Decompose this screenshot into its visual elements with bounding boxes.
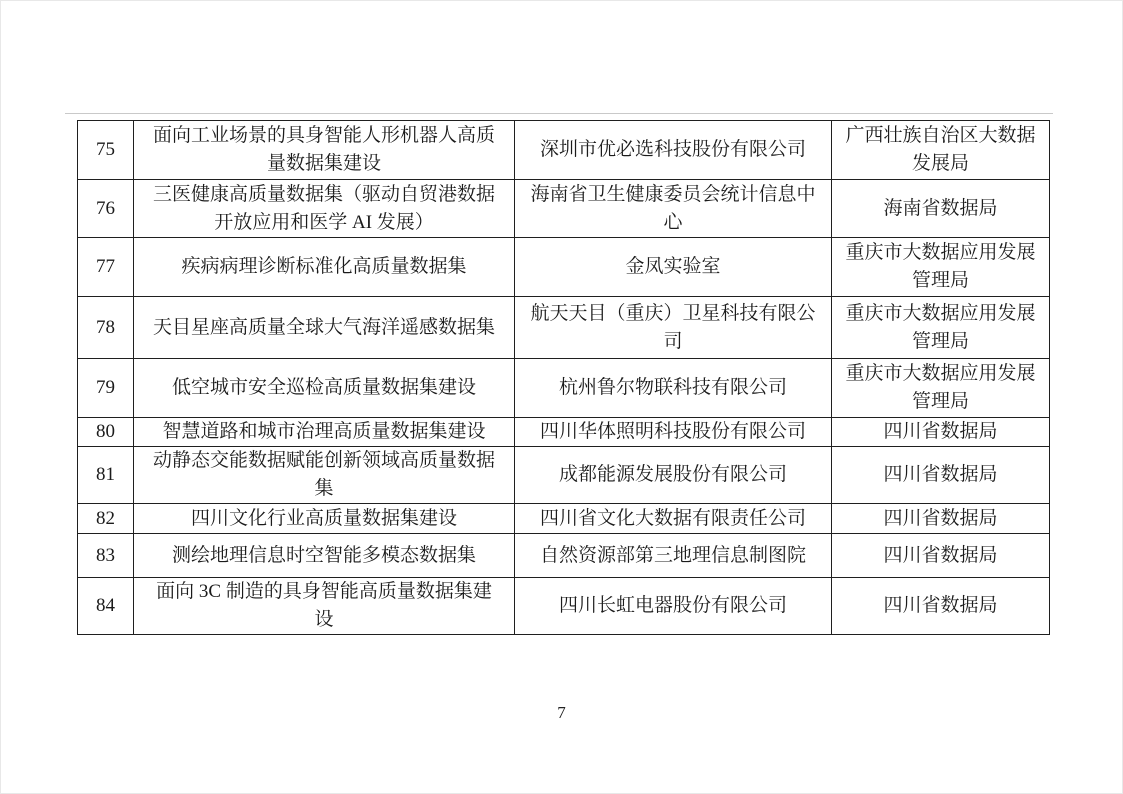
row-index-cell: 78 bbox=[78, 297, 134, 359]
name-cell: 四川文化行业高质量数据集建设 bbox=[134, 504, 515, 534]
company-cell: 四川省文化大数据有限责任公司 bbox=[515, 504, 832, 534]
department-cell: 四川省数据局 bbox=[832, 447, 1050, 504]
table-row: 81动静态交能数据赋能创新领域高质量数据集成都能源发展股份有限公司四川省数据局 bbox=[78, 447, 1050, 504]
company-cell: 四川长虹电器股份有限公司 bbox=[515, 578, 832, 635]
department-cell: 四川省数据局 bbox=[832, 578, 1050, 635]
department-cell: 重庆市大数据应用发展管理局 bbox=[832, 238, 1050, 297]
name-cell: 三医健康高质量数据集（驱动自贸港数据开放应用和医学 AI 发展） bbox=[134, 180, 515, 238]
name-cell: 疾病病理诊断标准化高质量数据集 bbox=[134, 238, 515, 297]
name-cell: 低空城市安全巡检高质量数据集建设 bbox=[134, 359, 515, 418]
company-cell: 金凤实验室 bbox=[515, 238, 832, 297]
page-number: 7 bbox=[1, 703, 1122, 723]
name-cell: 面向工业场景的具身智能人形机器人高质量数据集建设 bbox=[134, 121, 515, 180]
department-cell: 四川省数据局 bbox=[832, 534, 1050, 578]
name-cell: 天目星座高质量全球大气海洋遥感数据集 bbox=[134, 297, 515, 359]
table-continuation-rule bbox=[65, 113, 1053, 114]
row-index-cell: 80 bbox=[78, 418, 134, 447]
company-cell: 杭州鲁尔物联科技有限公司 bbox=[515, 359, 832, 418]
row-index-cell: 82 bbox=[78, 504, 134, 534]
company-cell: 自然资源部第三地理信息制图院 bbox=[515, 534, 832, 578]
company-cell: 航天天目（重庆）卫星科技有限公司 bbox=[515, 297, 832, 359]
department-cell: 四川省数据局 bbox=[832, 504, 1050, 534]
table-row: 83测绘地理信息时空智能多模态数据集自然资源部第三地理信息制图院四川省数据局 bbox=[78, 534, 1050, 578]
row-index-cell: 79 bbox=[78, 359, 134, 418]
table-row: 78天目星座高质量全球大气海洋遥感数据集航天天目（重庆）卫星科技有限公司重庆市大… bbox=[78, 297, 1050, 359]
table-row: 76三医健康高质量数据集（驱动自贸港数据开放应用和医学 AI 发展）海南省卫生健… bbox=[78, 180, 1050, 238]
dataset-table-body: 75面向工业场景的具身智能人形机器人高质量数据集建设深圳市优必选科技股份有限公司… bbox=[78, 121, 1050, 635]
row-index-cell: 77 bbox=[78, 238, 134, 297]
row-index-cell: 84 bbox=[78, 578, 134, 635]
department-cell: 重庆市大数据应用发展管理局 bbox=[832, 359, 1050, 418]
table-row: 75面向工业场景的具身智能人形机器人高质量数据集建设深圳市优必选科技股份有限公司… bbox=[78, 121, 1050, 180]
company-cell: 四川华体照明科技股份有限公司 bbox=[515, 418, 832, 447]
table-row: 77疾病病理诊断标准化高质量数据集金凤实验室重庆市大数据应用发展管理局 bbox=[78, 238, 1050, 297]
department-cell: 四川省数据局 bbox=[832, 418, 1050, 447]
name-cell: 面向 3C 制造的具身智能高质量数据集建设 bbox=[134, 578, 515, 635]
table-row: 82四川文化行业高质量数据集建设四川省文化大数据有限责任公司四川省数据局 bbox=[78, 504, 1050, 534]
row-index-cell: 75 bbox=[78, 121, 134, 180]
company-cell: 成都能源发展股份有限公司 bbox=[515, 447, 832, 504]
table-row: 79低空城市安全巡检高质量数据集建设杭州鲁尔物联科技有限公司重庆市大数据应用发展… bbox=[78, 359, 1050, 418]
row-index-cell: 76 bbox=[78, 180, 134, 238]
table-row: 84面向 3C 制造的具身智能高质量数据集建设四川长虹电器股份有限公司四川省数据… bbox=[78, 578, 1050, 635]
department-cell: 重庆市大数据应用发展管理局 bbox=[832, 297, 1050, 359]
row-index-cell: 83 bbox=[78, 534, 134, 578]
company-cell: 海南省卫生健康委员会统计信息中心 bbox=[515, 180, 832, 238]
name-cell: 动静态交能数据赋能创新领域高质量数据集 bbox=[134, 447, 515, 504]
company-cell: 深圳市优必选科技股份有限公司 bbox=[515, 121, 832, 180]
table-row: 80智慧道路和城市治理高质量数据集建设四川华体照明科技股份有限公司四川省数据局 bbox=[78, 418, 1050, 447]
name-cell: 测绘地理信息时空智能多模态数据集 bbox=[134, 534, 515, 578]
department-cell: 海南省数据局 bbox=[832, 180, 1050, 238]
dataset-table: 75面向工业场景的具身智能人形机器人高质量数据集建设深圳市优必选科技股份有限公司… bbox=[77, 120, 1050, 635]
document-page: 75面向工业场景的具身智能人形机器人高质量数据集建设深圳市优必选科技股份有限公司… bbox=[0, 0, 1123, 794]
department-cell: 广西壮族自治区大数据发展局 bbox=[832, 121, 1050, 180]
name-cell: 智慧道路和城市治理高质量数据集建设 bbox=[134, 418, 515, 447]
row-index-cell: 81 bbox=[78, 447, 134, 504]
